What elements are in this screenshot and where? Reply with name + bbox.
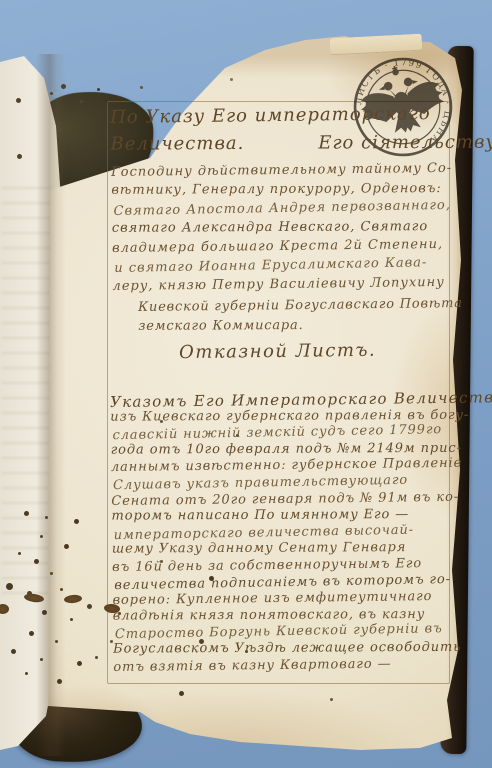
invocation-heading: По Указу Его императорскагоВеличества. Е… <box>110 99 492 160</box>
manuscript-line: Киевской губерніи Богуславскаго Повѣта <box>138 294 463 318</box>
manuscript-line: святаго Александра Невскаго, Святаго <box>112 217 453 238</box>
manuscript-line: земскаго Коммисара. <box>138 315 463 337</box>
foxing-spots <box>0 0 3 3</box>
manuscript-line: года отъ 10го февраля подъ №м 2149м прис… <box>111 440 492 459</box>
manuscript-line: Богуславскомъ Уѣздѣ лежащее освободить <box>113 639 492 658</box>
manuscript-line: шему Указу данному Сенату Генваря <box>112 540 492 559</box>
body-text: Указомъ Его Императорскаго Величестваизъ… <box>110 389 492 676</box>
photograph-of-manuscript-book: · ЛИСТЪ · 1799 ГОДА · ЦѢНА · По Указу Ег… <box>0 0 492 768</box>
manuscript-line: По Указу Его императорскаго <box>110 99 492 132</box>
sender-block: Киевской губерніи Богуславскаго Повѣтазе… <box>138 294 463 338</box>
invocation-text: Господину дѣйствительному тайному Со-вѣт… <box>111 159 454 296</box>
manuscript-line: Величества. Его сіятельству <box>110 129 492 159</box>
document-title: Отказной Листъ. <box>107 339 448 364</box>
gutter-shadow <box>36 54 66 756</box>
